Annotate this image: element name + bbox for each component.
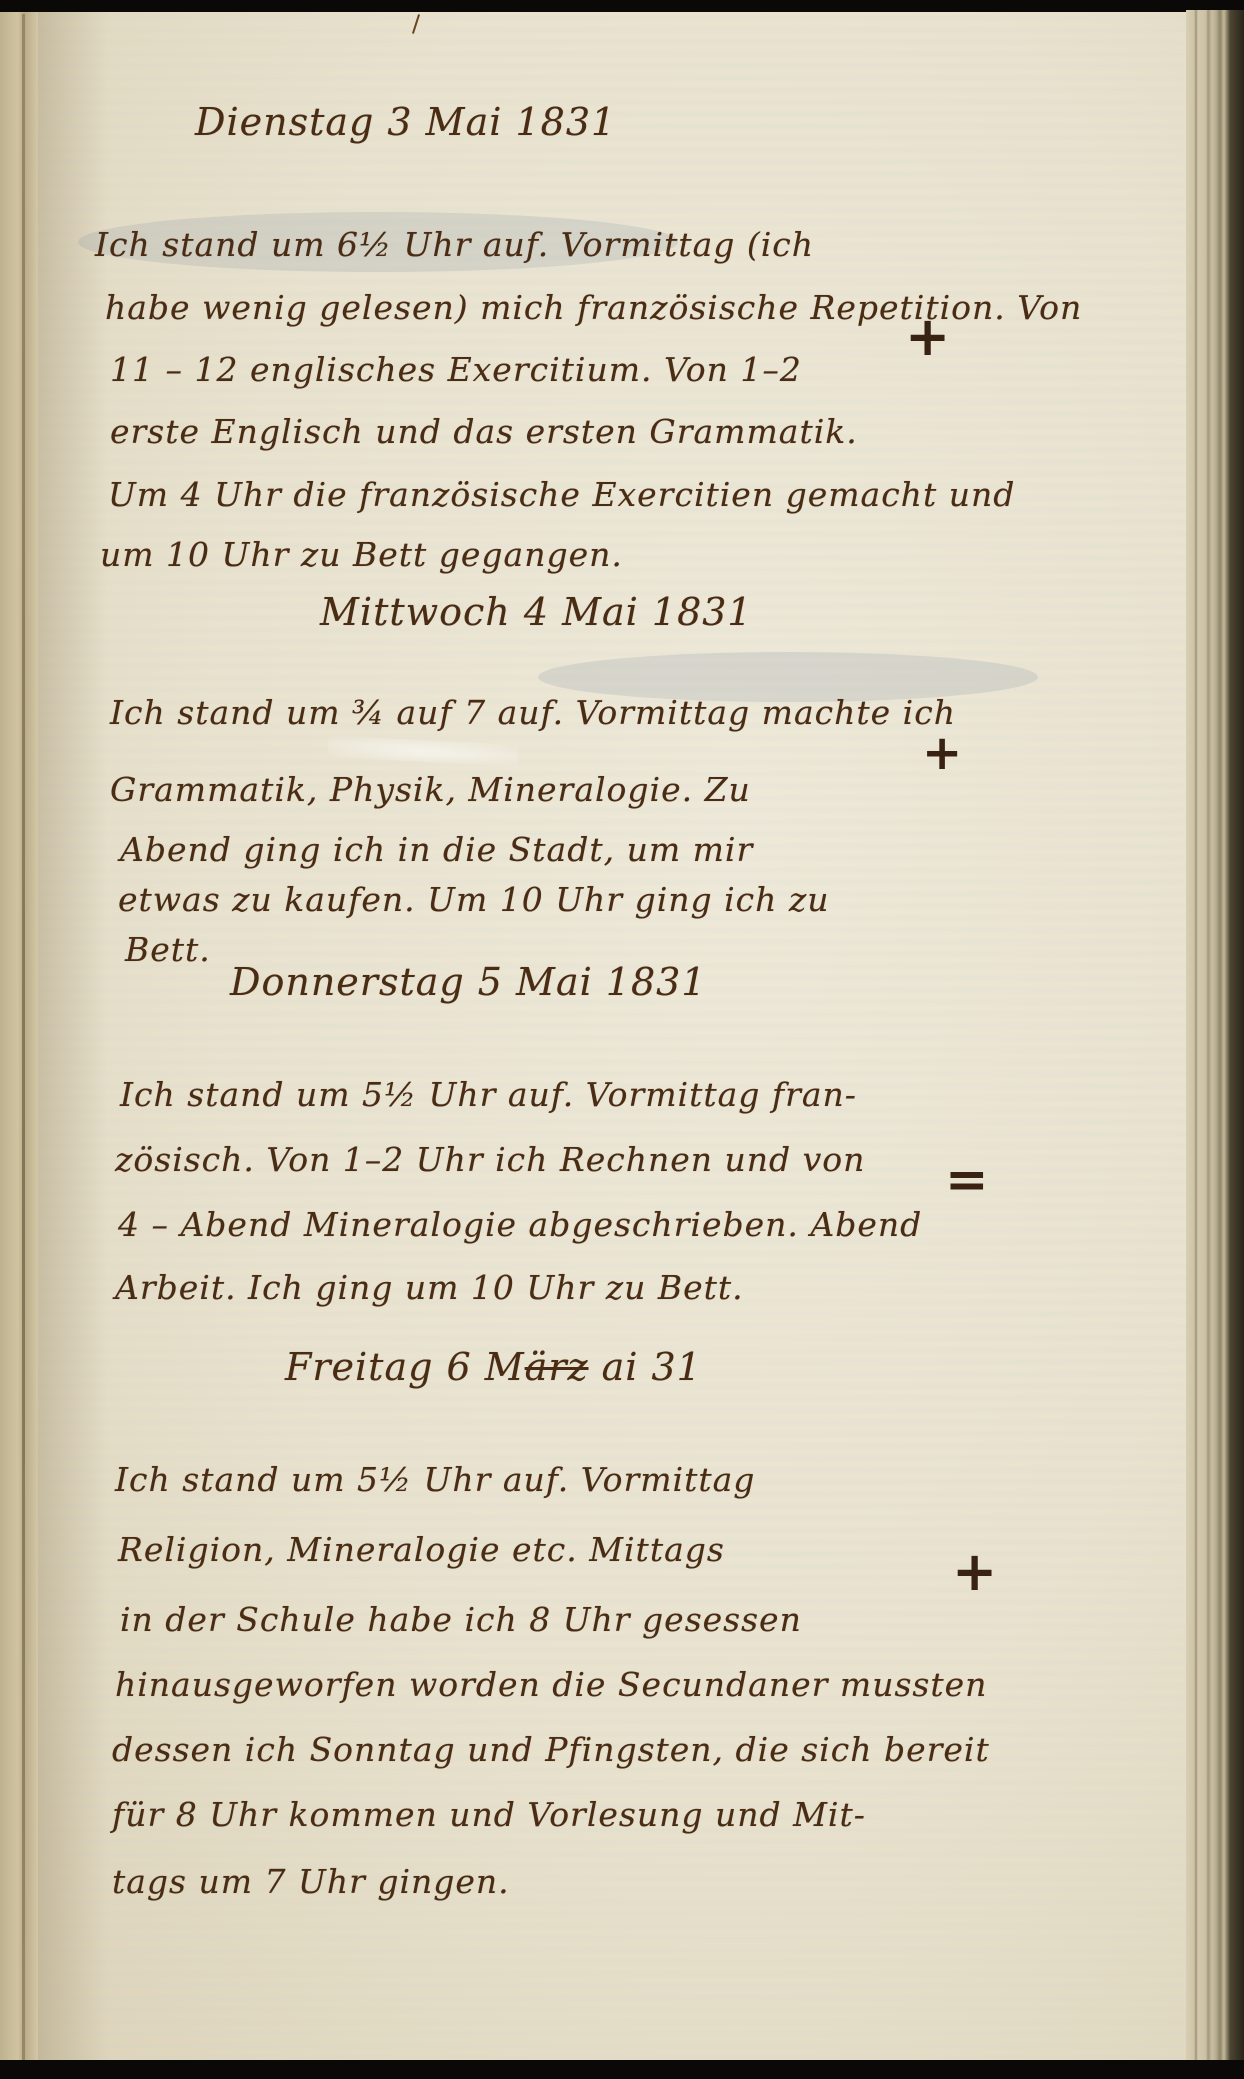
entry-heading: Freitag 6 März ai 31	[285, 1345, 702, 1389]
paper-crease	[328, 735, 519, 767]
book-gutter	[0, 12, 40, 2062]
struck-through-text: ärz	[525, 1345, 589, 1389]
entry-line: Religion, Mineralogie etc. Mittags	[118, 1530, 725, 1569]
entry-line: Ich stand um 5½ Uhr auf. Vormittag fran-	[120, 1075, 857, 1114]
entry-line: Ich stand um 5½ Uhr auf. Vormittag	[115, 1460, 755, 1499]
entry-line: für 8 Uhr kommen und Vorlesung und Mit-	[112, 1795, 866, 1834]
entry-line: 4 – Abend Mineralogie abgeschrieben. Abe…	[118, 1205, 922, 1244]
entry-line: Ich stand um 6½ Uhr auf. Vormittag (ich	[95, 225, 814, 264]
gutter-fold-line	[22, 14, 25, 2060]
entry-heading: Dienstag 3 Mai 1831	[195, 100, 616, 144]
entry-line: zösisch. Von 1–2 Uhr ich Rechnen und von	[115, 1140, 865, 1179]
entry-line: Ich stand um ¾ auf 7 auf. Vormittag mach…	[110, 693, 956, 732]
margin-equals-mark: =	[945, 1150, 989, 1210]
entry-heading: Donnerstag 5 Mai 1831	[230, 960, 707, 1004]
entry-line: Um 4 Uhr die französische Exercitien gem…	[108, 475, 1015, 514]
entry-line: erste Englisch und das ersten Grammatik.	[110, 412, 858, 451]
margin-cross-mark: +	[905, 305, 950, 368]
stacked-page-edges	[1186, 10, 1244, 2060]
entry-line: Bett.	[125, 930, 211, 969]
entry-line: tags um 7 Uhr gingen.	[112, 1862, 510, 1901]
entry-line: hinausgeworfen worden die Secundaner mus…	[115, 1665, 987, 1704]
entry-line: Abend ging ich in die Stadt, um mir	[120, 830, 753, 869]
entry-line: Grammatik, Physik, Mineralogie. Zu	[110, 770, 751, 809]
heading-text: ai 31	[589, 1345, 702, 1389]
entry-line: Arbeit. Ich ging um 10 Uhr zu Bett.	[115, 1268, 744, 1307]
entry-line: um 10 Uhr zu Bett gegangen.	[100, 535, 623, 574]
entry-line: in der Schule habe ich 8 Uhr gesessen	[120, 1600, 802, 1639]
entry-line: 11 – 12 englisches Exercitium. Von 1–2	[110, 350, 802, 389]
entry-line: dessen ich Sonntag und Pfingsten, die si…	[112, 1730, 990, 1769]
entry-line: etwas zu kaufen. Um 10 Uhr ging ich zu	[118, 880, 830, 919]
margin-cross-mark: +	[952, 1540, 997, 1603]
heading-text: Freitag 6 M	[285, 1345, 525, 1389]
entry-heading: Mittwoch 4 Mai 1831	[320, 590, 753, 634]
page-shadow	[38, 12, 108, 2060]
scan-border-bottom	[0, 2060, 1244, 2079]
margin-cross-mark: +	[922, 725, 962, 781]
